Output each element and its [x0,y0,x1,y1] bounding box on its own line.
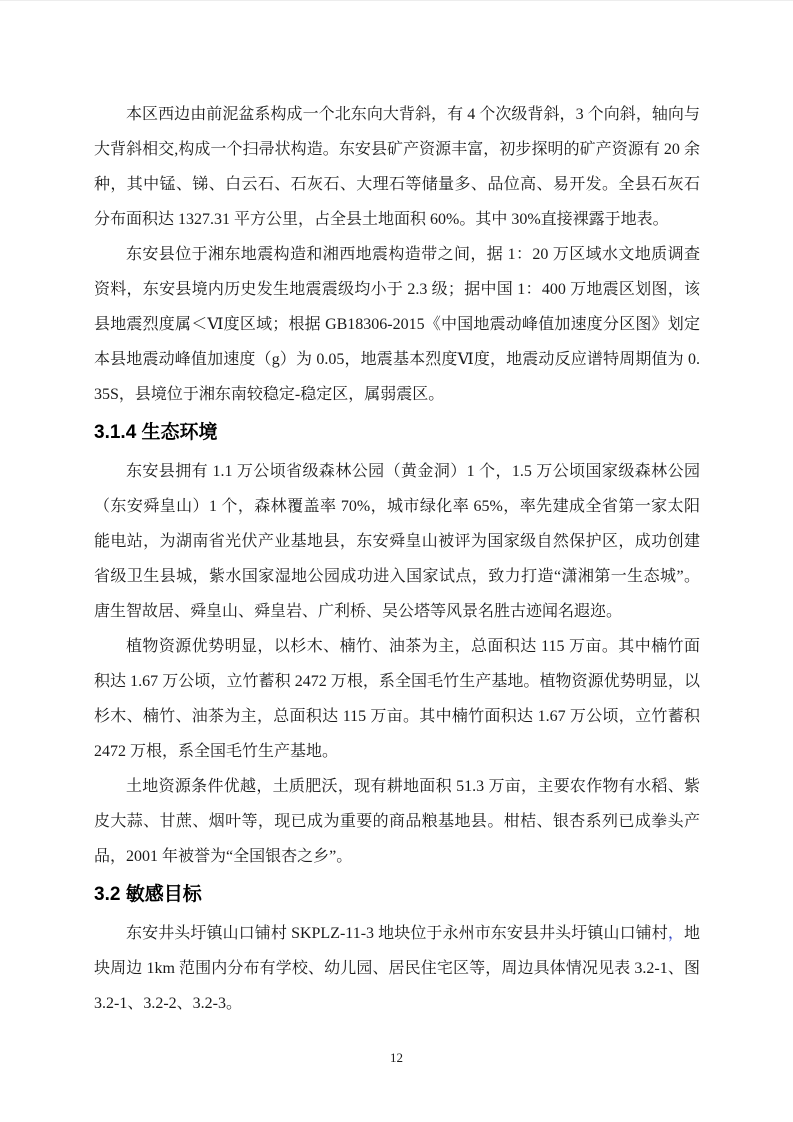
page-footer: 12 [0,1049,793,1067]
paragraph-land-resources: 土地资源条件优越，土质肥沃，现有耕地面积 51.3 万亩，主要农作物有水稻、紫皮… [94,769,700,874]
document-page: 本区西边由前泥盆系构成一个北东向大背斜，有 4 个次级背斜，3 个向斜，轴向与大… [0,0,793,1122]
page-number: 12 [390,1050,403,1065]
section-heading-sensitive-targets: 3.2 敏感目标 [94,880,700,910]
paragraph-site-location: 东安井头圩镇山口铺村 SKPLZ-11-3 地块位于永州市东安县井头圩镇山口铺村… [94,916,700,1021]
paragraph-plant-resources: 植物资源优势明显，以杉木、楠竹、油茶为主，总面积达 115 万亩。其中楠竹面积达… [94,629,700,769]
paragraph-ecology: 东安县拥有 1.1 万公顷省级森林公园（黄金洞）1 个，1.5 万公顷国家级森林… [94,454,700,629]
site-location-text: 东安井头圩镇山口铺村 SKPLZ-11-3 地块位于永州市东安县井头圩镇山口铺村 [126,925,668,942]
paragraph-geology-minerals: 本区西边由前泥盆系构成一个北东向大背斜，有 4 个次级背斜，3 个向斜，轴向与大… [94,97,700,237]
paragraph-seismic: 东安县位于湘东地震构造和湘西地震构造带之间，据 1：20 万区域水文地质调查资料… [94,237,700,412]
site-location-highlighted-comma: ， [668,925,684,942]
section-heading-ecology: 3.1.4 生态环境 [94,418,700,448]
